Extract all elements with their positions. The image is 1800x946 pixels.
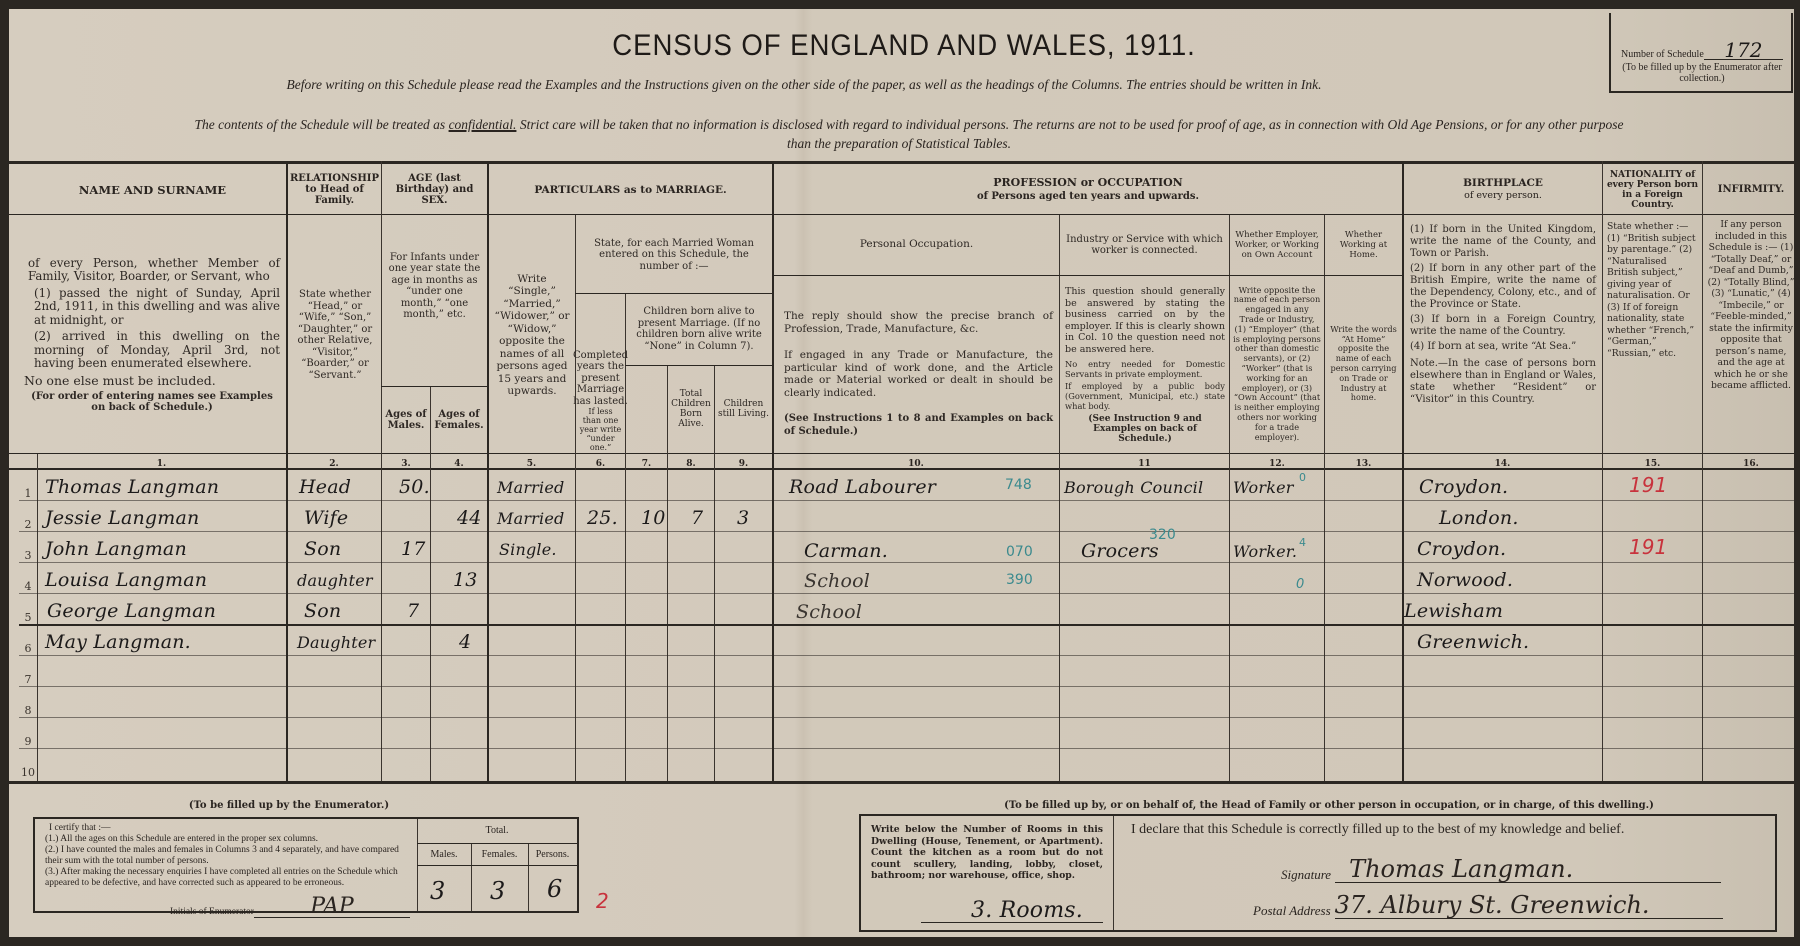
column-number: 4. xyxy=(431,459,487,469)
header-nationality: NATIONALITY of every Person born in a Fo… xyxy=(1603,167,1702,212)
col-divider xyxy=(1702,161,1703,781)
column-number: 6. xyxy=(576,459,625,469)
age-instruction: For Infants under one year state the age… xyxy=(382,221,487,351)
cell-relationship[interactable]: Head xyxy=(299,476,351,498)
cell-birthplace[interactable]: Croydon. xyxy=(1417,538,1506,560)
signature-row: Signature Thomas Langman. xyxy=(1281,856,1721,883)
row-rule-thick xyxy=(19,624,1799,626)
enumerator-heading: (To be filled up by the Enumerator.) xyxy=(29,800,549,811)
cell-employment[interactable]: Worker. xyxy=(1233,542,1297,561)
column-number: 9. xyxy=(715,459,772,469)
header-name: NAME AND SURNAME xyxy=(19,167,286,212)
relationship-instruction: State whether “Head,” or “Wife,” “Son,” … xyxy=(289,219,381,451)
schedule-number-value[interactable]: 172 xyxy=(1704,41,1783,60)
cell-age-male[interactable]: 50. xyxy=(399,476,430,498)
cell-birthplace[interactable]: Norwood. xyxy=(1417,569,1513,591)
at-home-instruction: Write the words “At Home” opposite the n… xyxy=(1325,277,1402,451)
header-children-living: Children still Living. xyxy=(715,367,772,451)
address-row: Postal Address 37. Albury St. Greenwich. xyxy=(1253,892,1723,919)
cell-occupation[interactable]: Carman. xyxy=(804,540,888,562)
cell-employment-code: 0 xyxy=(1299,471,1306,484)
cell-age-female[interactable]: 13 xyxy=(453,569,478,591)
header-name-body: of every Person, whether Member of Famil… xyxy=(21,219,283,451)
cell-age-female[interactable]: 44 xyxy=(457,507,482,529)
cell-industry[interactable]: Grocers xyxy=(1081,540,1159,562)
row-rule xyxy=(19,531,1799,532)
signature-value[interactable]: Thomas Langman. xyxy=(1335,856,1721,883)
totals-rule xyxy=(417,843,577,844)
header-ages-males: Ages of Males. xyxy=(382,389,430,451)
row-number: 8 xyxy=(20,704,36,717)
householder-box: Write below the Number of Rooms in this … xyxy=(859,814,1777,932)
males-label: Males. xyxy=(417,849,471,860)
industry-instruction-1: This question should generally be answer… xyxy=(1065,286,1225,355)
certify-item-2: (2.) I have counted the males and female… xyxy=(45,845,415,867)
cell-employment-code: 0 xyxy=(1296,577,1304,592)
row-number: 1 xyxy=(20,487,36,500)
personal-occupation-instruction: The reply should show the precise branch… xyxy=(781,279,1056,451)
nationality-instruction: State whether :— (1) “British subject by… xyxy=(1604,221,1701,451)
schedule-number-row: Number of Schedule 172 xyxy=(1621,41,1783,60)
birthplace-instruction: (1) If born in the United Kingdom, write… xyxy=(1407,224,1599,449)
occupation-instruction-2: If engaged in any Trade or Manufacture, … xyxy=(784,349,1053,399)
confidential-suffix: Strict care will be taken that no inform… xyxy=(516,117,1623,132)
total-label: Total. xyxy=(417,825,577,836)
row-number: 3 xyxy=(20,549,36,562)
column-number: 1. xyxy=(37,459,286,469)
col-divider xyxy=(1059,215,1060,781)
industry-instruction-2: No entry needed for Domestic Servants in… xyxy=(1065,359,1225,379)
cell-marital[interactable]: Married xyxy=(497,478,564,497)
row-rule xyxy=(19,655,1799,656)
column-number: 11 xyxy=(1060,459,1229,469)
page-bottom-rule xyxy=(9,939,1799,942)
occupation-instruction-3: (See Instructions 1 to 8 and Examples on… xyxy=(784,413,1053,438)
declaration-text: I declare that this Schedule is correctl… xyxy=(1131,822,1624,838)
header-divider xyxy=(9,214,1799,215)
cell-name[interactable]: George Langman xyxy=(47,600,216,622)
initials-row: Initials of Enumerator PAP xyxy=(170,897,410,918)
cell-birthplace[interactable]: Greenwich. xyxy=(1417,631,1529,653)
column-number: 14. xyxy=(1403,459,1602,469)
header-industry: Industry or Service with which worker is… xyxy=(1060,217,1229,273)
header-birthplace: BIRTHPLACE xyxy=(1404,167,1602,189)
married-woman-instruction: State, for each Married Woman entered on… xyxy=(576,219,772,291)
certify-label: I certify that :— xyxy=(45,823,415,834)
cell-name[interactable]: Jessie Langman xyxy=(45,507,199,529)
total-females[interactable]: 3 xyxy=(490,877,505,905)
cell-name[interactable]: Thomas Langman xyxy=(45,476,219,498)
row-rule xyxy=(19,500,1799,501)
row-rule xyxy=(19,686,1799,687)
col-divider xyxy=(1602,161,1603,781)
row-number: 9 xyxy=(20,735,36,748)
table-bottom-rule xyxy=(9,781,1799,784)
industry-instruction-4: (See Instruction 9 and Examples on back … xyxy=(1065,414,1225,444)
header-birthplace-subtitle: of every person. xyxy=(1404,190,1602,206)
cell-employment[interactable]: Worker xyxy=(1233,478,1294,497)
row-number: 6 xyxy=(20,642,36,655)
confidential-notice-line-2: than the preparation of Statistical Tabl… xyxy=(9,136,1789,152)
spacer xyxy=(626,367,667,451)
row-number: 7 xyxy=(20,673,36,686)
cell-relationship[interactable]: Wife xyxy=(304,507,348,529)
cell-occupation[interactable]: School xyxy=(804,570,870,592)
persons-label: Persons. xyxy=(528,849,577,860)
cell-occupation-code: 070 xyxy=(1006,544,1033,560)
certify-item-1: (1.) All the ages on this Schedule are e… xyxy=(45,834,415,845)
column-number: 2. xyxy=(287,459,381,469)
row-number: 5 xyxy=(20,611,36,624)
cell-years-married[interactable]: 25. xyxy=(587,507,618,529)
col-divider xyxy=(286,161,288,781)
householder-divider xyxy=(1113,816,1114,930)
cell-industry-code: 320 xyxy=(1149,527,1176,543)
row-number: 4 xyxy=(20,580,36,593)
schedule-note: (To be filled up by the Enumerator after… xyxy=(1621,62,1783,84)
confidential-word: confidential. xyxy=(449,117,517,132)
row-number: 2 xyxy=(20,518,36,531)
header-marriage: PARTICULARS as to MARRIAGE. xyxy=(489,167,772,212)
cell-children-living[interactable]: 7 xyxy=(691,507,703,529)
colnum-top-rule xyxy=(9,453,1799,454)
column-number: 5. xyxy=(488,459,575,469)
cell-relationship[interactable]: daughter xyxy=(297,571,373,590)
enumerator-certificate-box: I certify that :— (1.) All the ages on t… xyxy=(33,817,579,913)
column-number: 10. xyxy=(773,459,1059,469)
header-employment: Whether Employer, Worker, or Working on … xyxy=(1230,217,1324,273)
cell-name[interactable]: May Langman. xyxy=(45,631,191,653)
cell-name[interactable]: Louisa Langman xyxy=(45,569,207,591)
cell-employment-code: 4 xyxy=(1299,536,1306,549)
header-infirmity: INFIRMITY. xyxy=(1703,167,1799,212)
industry-instruction: This question should generally be answer… xyxy=(1062,279,1228,451)
cell-name[interactable]: John Langman xyxy=(45,538,187,560)
females-label: Females. xyxy=(471,849,528,860)
name-instruction-1: of every Person, whether Member of Famil… xyxy=(24,257,280,284)
row-rule xyxy=(19,562,1799,563)
confidential-notice: The contents of the Schedule will be tre… xyxy=(29,117,1789,133)
enumerator-red-mark: 2 xyxy=(596,889,609,913)
cell-occupation[interactable]: Road Labourer xyxy=(789,476,936,498)
cell-nationality-code: 191 xyxy=(1629,535,1667,559)
occupation-sub-rule xyxy=(772,275,1402,276)
cell-marital[interactable]: Single. xyxy=(499,540,557,559)
rownum-divider xyxy=(37,454,38,781)
column-number: 12. xyxy=(1230,459,1324,469)
birthplace-note: Note.—In the case of persons born elsewh… xyxy=(1410,358,1596,406)
cell-age-female[interactable]: 4 xyxy=(459,631,471,653)
column-number: 3. xyxy=(382,459,430,469)
cell-marital[interactable]: Married xyxy=(497,509,564,528)
cell-industry[interactable]: Borough Council xyxy=(1064,478,1203,497)
header-at-home: Whether Working at Home. xyxy=(1325,217,1402,273)
header-occupation: PROFESSION or OCCUPATION xyxy=(774,167,1402,189)
householder-heading: (To be filled up by, or on behalf of, th… xyxy=(869,800,1789,811)
children-sub-rule xyxy=(625,365,772,366)
children-instruction: Children born alive to present Marriage.… xyxy=(626,295,772,363)
address-label: Postal Address xyxy=(1253,903,1331,919)
col-divider xyxy=(1402,161,1404,781)
row-rule xyxy=(19,593,1799,594)
column-number: 13. xyxy=(1325,459,1402,469)
occupation-instruction-1: The reply should show the precise branch… xyxy=(784,310,1053,335)
total-persons[interactable]: 6 xyxy=(547,875,562,903)
cell-occupation-code: 748 xyxy=(1005,477,1032,493)
table-top-rule xyxy=(9,161,1799,164)
address-value[interactable]: 37. Albury St. Greenwich. xyxy=(1335,892,1723,919)
totals-rule xyxy=(417,865,577,866)
birthplace-instruction-2: (2) If born in any other part of the Bri… xyxy=(1410,263,1596,311)
rooms-instruction: Write below the Number of Rooms in this … xyxy=(871,824,1103,882)
row-rule xyxy=(19,748,1799,749)
birthplace-instruction-1: (1) If born in the United Kingdom, write… xyxy=(1410,224,1596,260)
instruction-line: Before writing on this Schedule please r… xyxy=(9,77,1599,93)
signature-label: Signature xyxy=(1281,867,1331,883)
column-number: 15. xyxy=(1603,459,1702,469)
certify-item-3: (3.) After making the necessary enquirie… xyxy=(45,867,415,889)
header-personal-occupation: Personal Occupation. xyxy=(774,217,1059,273)
confidential-prefix: The contents of the Schedule will be tre… xyxy=(194,117,448,132)
employment-instruction: Write opposite the name of each person e… xyxy=(1230,277,1324,451)
rooms-value[interactable]: 3. Rooms. xyxy=(971,898,1083,923)
age-sub-rule xyxy=(381,386,487,387)
schedule-number-box: Number of Schedule 172 (To be filled up … xyxy=(1609,13,1793,93)
rooms-underline xyxy=(921,922,1103,923)
birthplace-instruction-3: (3) If born in a Foreign Country, write … xyxy=(1410,314,1596,338)
page-title: CENSUS OF ENGLAND AND WALES, 1911. xyxy=(81,29,1728,63)
header-children-born: Total Children Born Alive. xyxy=(668,367,714,451)
cell-children-born[interactable]: 10 xyxy=(641,507,666,529)
industry-instruction-3: If employed by a public body (Government… xyxy=(1065,381,1225,411)
column-number: 7. xyxy=(626,459,667,469)
column-number: 16. xyxy=(1703,459,1799,469)
total-males[interactable]: 3 xyxy=(430,877,445,905)
cell-occupation[interactable]: School xyxy=(796,601,862,623)
column-number: 8. xyxy=(668,459,714,469)
row-rule xyxy=(19,717,1799,718)
cell-relationship[interactable]: Son xyxy=(304,538,341,560)
years-married-note: If less than one year write “under one.” xyxy=(576,407,625,451)
initials-value[interactable]: PAP xyxy=(254,897,410,918)
cell-age-male[interactable]: 17 xyxy=(401,538,426,560)
cell-relationship[interactable]: Daughter xyxy=(297,633,375,652)
name-instruction-3: (2) arrived in this dwelling on the morn… xyxy=(24,330,280,371)
cell-children-died[interactable]: 3 xyxy=(737,507,749,529)
cell-nationality-code: 191 xyxy=(1629,473,1667,497)
name-instruction-2: (1) passed the night of Sunday, April 2n… xyxy=(24,287,280,328)
header-ages-females: Ages of Females. xyxy=(431,389,487,451)
name-instruction-4: No one else must be included. xyxy=(24,374,280,388)
cell-relationship[interactable]: Son xyxy=(304,600,341,622)
marriage-sub-rule xyxy=(575,293,772,294)
initials-label: Initials of Enumerator xyxy=(170,907,254,918)
schedule-number-label: Number of Schedule xyxy=(1621,49,1704,60)
enumerator-certify-text: I certify that :— (1.) All the ages on t… xyxy=(45,823,415,889)
cell-birthplace[interactable]: Lewisham xyxy=(1404,600,1503,622)
birthplace-instruction-4: (4) If born at sea, write “At Sea.” xyxy=(1410,341,1596,353)
row-number: 10 xyxy=(20,766,36,779)
cell-birthplace[interactable]: Croydon. xyxy=(1419,476,1508,498)
marital-instruction: Write “Single,” “Married,” “Widower,” or… xyxy=(489,219,575,451)
cell-birthplace[interactable]: London. xyxy=(1439,507,1519,529)
header-age: AGE (last Birthday) and SEX. xyxy=(382,167,487,212)
name-instruction-5: (For order of entering names see Example… xyxy=(24,391,280,413)
cell-occupation-code: 390 xyxy=(1006,572,1033,588)
header-occupation-subtitle: of Persons aged ten years and upwards. xyxy=(774,191,1402,207)
cell-age-male[interactable]: 7 xyxy=(407,600,419,622)
infirmity-instruction: If any person included in this Schedule … xyxy=(1704,219,1798,451)
census-schedule-page: CENSUS OF ENGLAND AND WALES, 1911. Befor… xyxy=(0,0,1800,946)
years-married-instruction: Completed years the present Marriage has… xyxy=(576,297,625,407)
header-relationship: RELATIONSHIP to Head of Family. xyxy=(288,167,381,212)
